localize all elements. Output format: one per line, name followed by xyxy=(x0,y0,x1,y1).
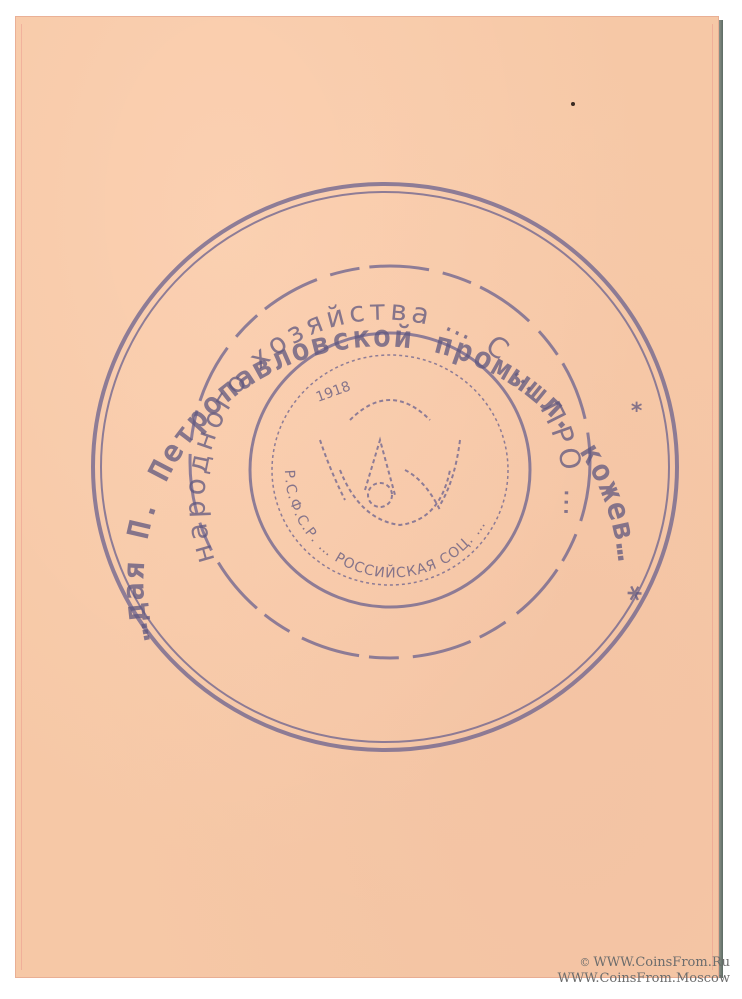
watermark-line-2: WWW.CoinsFrom.Moscow xyxy=(558,971,731,987)
watermark-line-1: WWW.CoinsFrom.Ru xyxy=(593,955,730,970)
copyright-icon: © xyxy=(579,956,590,969)
watermark: ©WWW.CoinsFrom.Ru WWW.CoinsFrom.Moscow xyxy=(558,955,731,987)
star-symbol: * xyxy=(630,399,643,424)
inner-seal-year: 1918 xyxy=(314,379,353,406)
coat-of-arms-emblem xyxy=(320,400,460,525)
circular-ink-stamp: …дая П. Петропавловской промышл. кожев… … xyxy=(0,0,742,999)
